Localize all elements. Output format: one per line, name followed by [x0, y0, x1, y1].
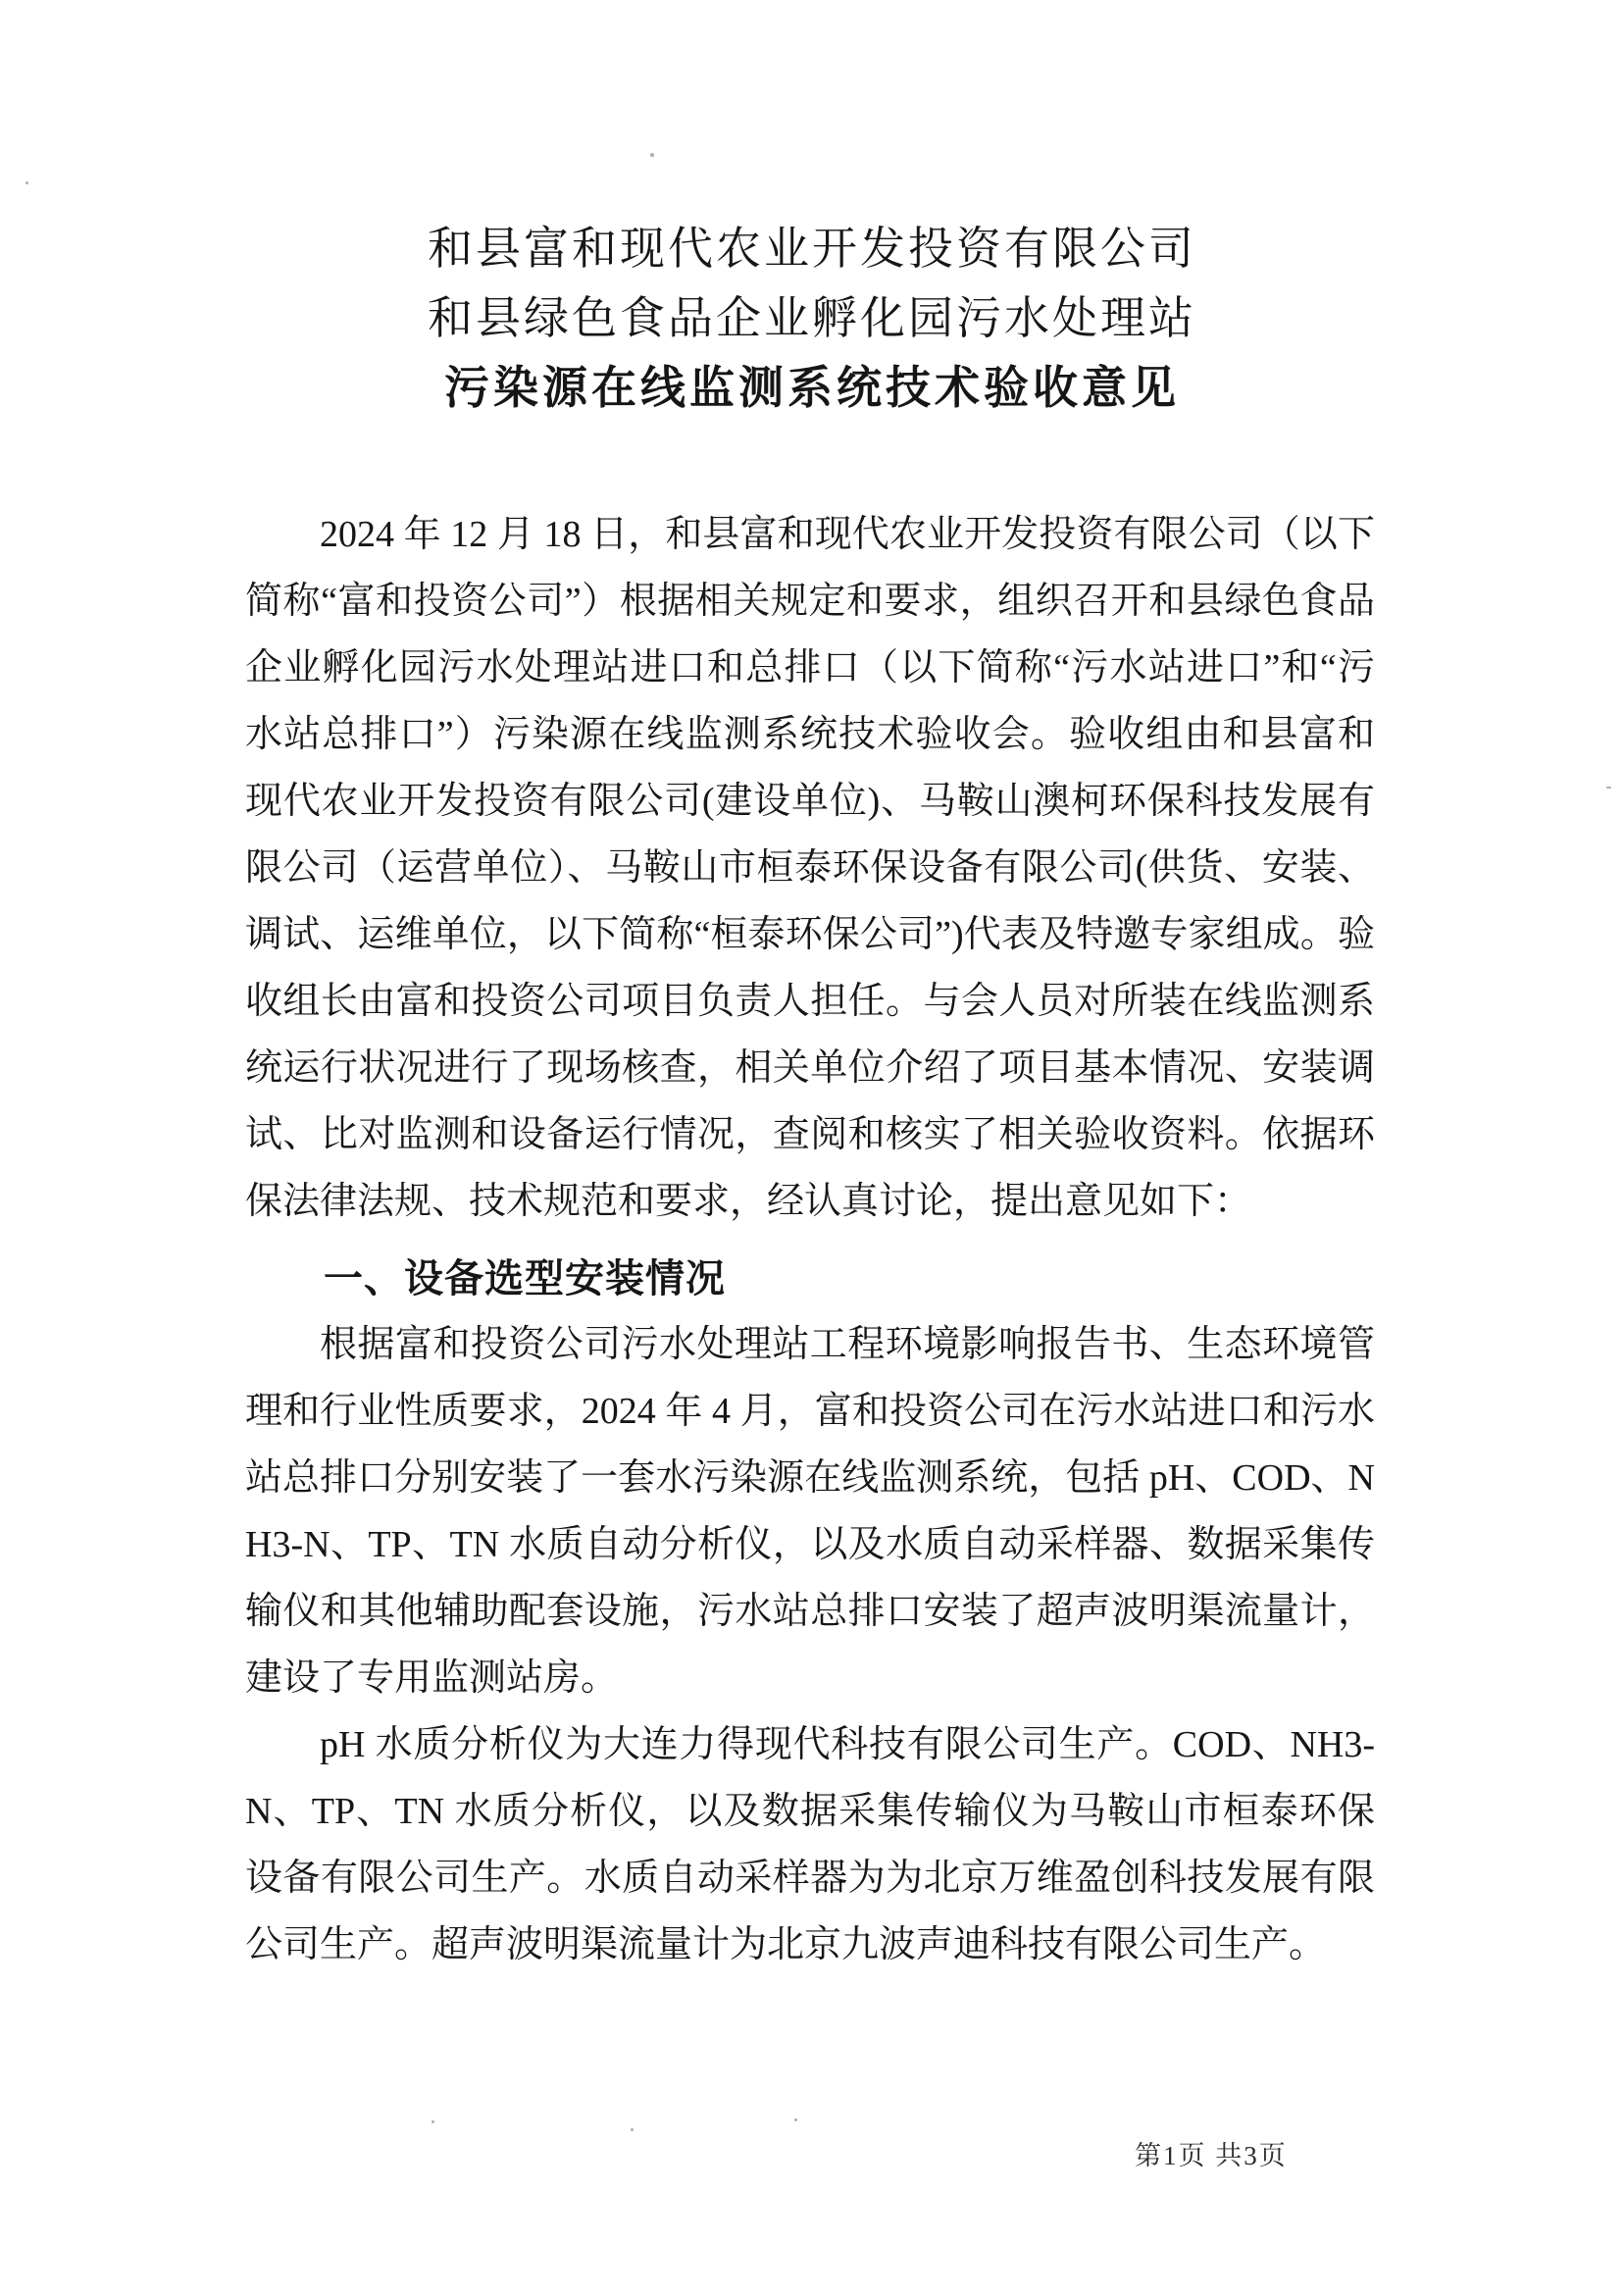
document-title: 和县富和现代农业开发投资有限公司 和县绿色食品企业孵化园污水处理站 污染源在线监… — [248, 214, 1376, 423]
title-line-1: 和县富和现代农业开发投资有限公司 — [248, 214, 1376, 283]
paragraph-intro: 2024 年 12 月 18 日，和县富和现代农业开发投资有限公司（以下简称“富… — [245, 501, 1375, 1235]
paragraph-installation: 根据富和投资公司污水处理站工程环境影响报告书、生态环境管理和行业性质要求，202… — [245, 1311, 1375, 1711]
scan-speck — [1606, 787, 1611, 789]
document-body: 2024 年 12 月 18 日，和县富和现代农业开发投资有限公司（以下简称“富… — [245, 501, 1375, 1978]
scan-speck — [431, 2120, 434, 2123]
document-page: 和县富和现代农业开发投资有限公司 和县绿色食品企业孵化园污水处理站 污染源在线监… — [0, 0, 1624, 2293]
scan-speck — [25, 181, 28, 184]
page-footer: 第1页 共3页 — [1135, 2134, 1288, 2172]
title-line-2: 和县绿色食品企业孵化园污水处理站 — [248, 283, 1376, 353]
section-heading-equipment: 一、设备选型安装情况 — [245, 1247, 1375, 1311]
title-line-3: 污染源在线监测系统技术验收意见 — [248, 353, 1376, 423]
scan-speck — [650, 153, 654, 157]
scan-speck — [631, 2128, 634, 2131]
scan-speck — [794, 2118, 797, 2121]
paragraph-manufacturers: pH 水质分析仪为大连力得现代科技有限公司生产。COD、NH3-N、TP、TN … — [245, 1711, 1375, 1978]
